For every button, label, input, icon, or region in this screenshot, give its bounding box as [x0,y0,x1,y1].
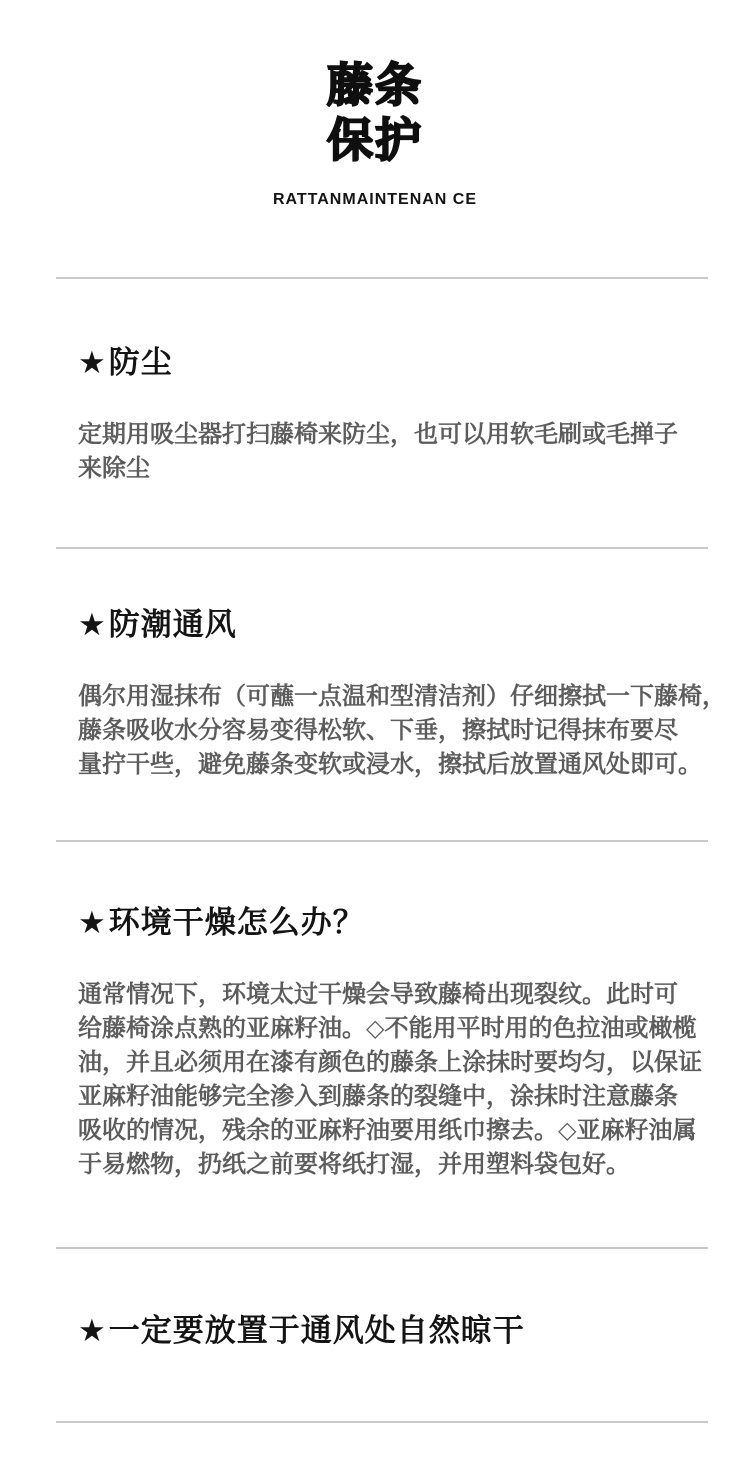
section-heading: ★防尘 [78,345,173,381]
divider [56,840,708,842]
section-title-text: 防潮通风 [109,607,237,642]
divider [56,1421,708,1423]
page-title-line2: 保护 [0,113,750,168]
section-body: 定期用吸尘器打扫藤椅来防尘，也可以用软毛刷或毛掸子 来除尘 [78,418,678,486]
section-heading: ★一定要放置于通风处自然晾干 [78,1313,525,1349]
section-title-text: 一定要放置于通风处自然晾干 [109,1313,525,1348]
section-title-text: 环境干燥怎么办？ [109,905,365,940]
divider [56,547,708,549]
rattan-care-page: 藤条 保护 RATTANMAINTENAN CE ★防尘 定期用吸尘器打扫藤椅来… [0,0,750,1467]
section-body: 偶尔用湿抹布（可蘸一点温和型清洁剂）仔细擦拭一下藤椅， 藤条吸收水分容易变得松软… [78,680,726,782]
star-icon: ★ [78,905,107,941]
star-icon: ★ [78,345,107,381]
page-title: 藤条 保护 [0,58,750,168]
page-title-line1: 藤条 [0,58,750,113]
section-heading: ★防潮通风 [78,607,237,643]
page-subtitle: RATTANMAINTENAN CE [0,191,750,209]
star-icon: ★ [78,607,107,643]
section-title-text: 防尘 [109,345,173,380]
section-body: 通常情况下，环境太过干燥会导致藤椅出现裂纹。此时可 给藤椅涂点熟的亚麻籽油。◇不… [78,978,702,1182]
divider [56,277,708,279]
divider [56,1247,708,1249]
star-icon: ★ [78,1313,107,1349]
section-heading: ★环境干燥怎么办？ [78,905,365,941]
